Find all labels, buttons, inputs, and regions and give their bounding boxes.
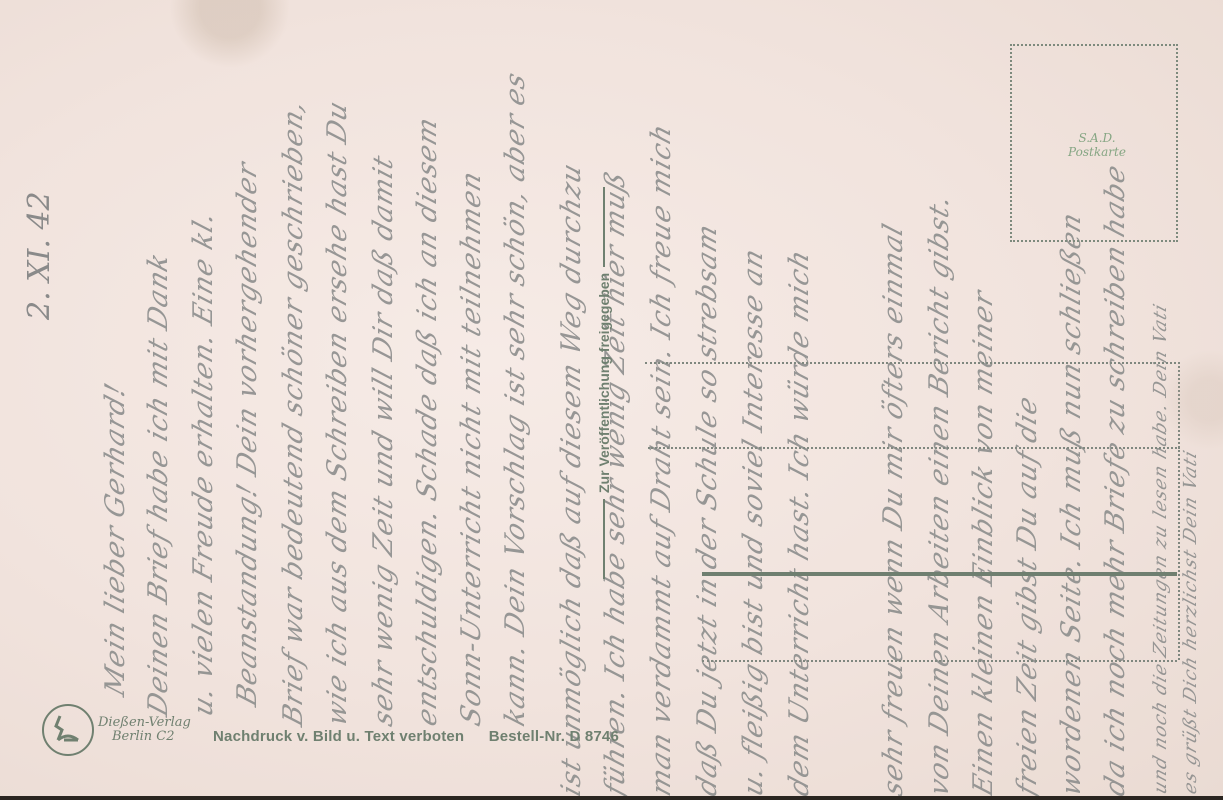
- publisher-city: Berlin C2: [98, 730, 191, 744]
- handwriting-line: da ich noch mehr Briefe zu schreiben hab…: [1100, 160, 1131, 796]
- handwriting-line: Brief war bedeutend schöner geschrieben,: [278, 96, 309, 731]
- handwritten-date: 2. XI. 42: [22, 191, 57, 320]
- censor-line: Zur Veröffentlichung freigegeben: [596, 181, 612, 585]
- handwriting-line: wie ich aus dem Schreiben ersehe hast Du: [322, 96, 353, 730]
- handwriting-greeting: Mein lieber Gerhard!: [100, 379, 131, 700]
- handwriting-closing: es grüßt Dich herzlichst Dein Vati: [1180, 447, 1201, 796]
- address-line: [702, 660, 1177, 662]
- handwriting-line: man verdammt auf Draht sein. Ich freue m…: [646, 119, 677, 796]
- handwriting-line: wordenen Seite. Ich muß nun schließen: [1056, 208, 1087, 796]
- handwriting-line: u. vielen Freude erhalten. Eine kl.: [188, 207, 219, 720]
- handwriting-line: ist unmöglich daß auf diesem Weg durchzu: [556, 159, 587, 796]
- handwriting-line: und noch die Zeitungen zu lesen habe. De…: [1150, 301, 1171, 796]
- divider-left: [603, 499, 605, 579]
- address-line: [648, 447, 1180, 449]
- handwriting-line: Beanstandung! Dein vorhergehender: [232, 158, 263, 710]
- publisher-logo: Dießen-Verlag Berlin C2: [42, 704, 191, 756]
- copyright-notice: Nachdruck v. Bild u. Text verboten: [213, 728, 464, 745]
- scan-edge: [0, 796, 1223, 800]
- handwriting-line: sehr wenig Zeit und will Dir daß damit: [368, 151, 399, 730]
- footer-print: Nachdruck v. Bild u. Text verboten Beste…: [213, 728, 619, 745]
- stamp-box: S.A.D. Postkarte: [1010, 44, 1178, 242]
- publisher-mark: S.A.D.: [1052, 131, 1142, 145]
- handwriting-line: sehr freuen wenn Du mir öfters einmal: [878, 220, 909, 797]
- divider-right: [603, 187, 605, 267]
- handwriting-line: kann. Dein Vorschlag ist sehr schön, abe…: [500, 68, 531, 730]
- address-line-solid: [702, 572, 1177, 576]
- handwriting-line: entschuldigen. Schade daß ich an diesem: [412, 113, 443, 731]
- handwriting-line: Sonn-Unterricht nicht mit teilnehmen: [456, 167, 487, 731]
- address-line: [645, 362, 1180, 364]
- handwriting-line: von Deinen Arbeiten einen Bericht gibst.: [924, 190, 955, 796]
- stamp-label: S.A.D. Postkarte: [1052, 131, 1142, 159]
- handwriting-line: freien Zeit gibst Du auf die: [1012, 392, 1043, 796]
- handwriting-line: dem Unterricht hast. Ich würde mich: [784, 245, 815, 796]
- handwriting-line: u. fleißig bist und soviel Interesse an: [738, 244, 769, 796]
- postcard-back: 2. XI. 42 Mein lieber Gerhard! Deinen Br…: [0, 0, 1223, 796]
- handwriting-line: Deinen Brief habe ich mit Dank: [143, 248, 174, 720]
- publisher-emblem-icon: [42, 704, 94, 756]
- postkarte-label: Postkarte: [1052, 145, 1142, 159]
- publisher-name: Dießen-Verlag: [98, 716, 191, 730]
- censor-text: Zur Veröffentlichung freigegeben: [596, 273, 612, 493]
- handwriting-line: daß Du jetzt in der Schule so strebsam: [692, 219, 723, 796]
- address-border: [1178, 362, 1180, 660]
- order-number: Bestell-Nr. D 8746: [489, 728, 619, 745]
- publisher-name-block: Dießen-Verlag Berlin C2: [98, 716, 191, 744]
